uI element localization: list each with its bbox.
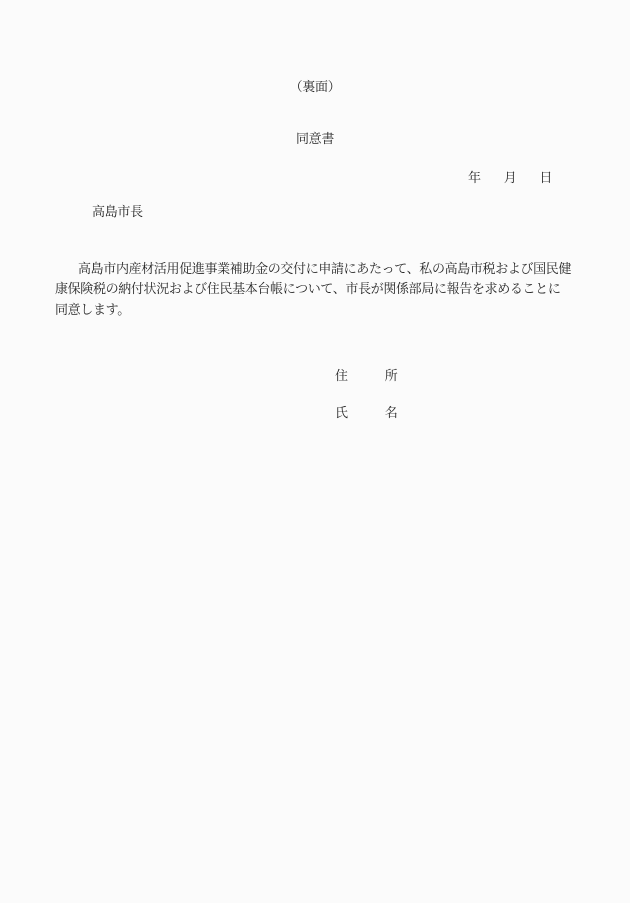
consent-form-page: （裏面） 同意書 年 月 日 高島市長 高島市内産材活用促進事業補助金の交付に申… <box>0 0 630 903</box>
address-field-label: 住 所 <box>335 370 397 384</box>
consent-body-paragraph: 高島市内産材活用促進事業補助金の交付に申請にあたって、私の高島市税および国民健 … <box>55 260 570 321</box>
year-label: 年 <box>468 171 481 186</box>
document-title: 同意書 <box>0 132 630 147</box>
body-line-3: 同意します。 <box>55 301 570 321</box>
address-label-first: 住 <box>335 370 348 384</box>
month-label: 月 <box>504 171 517 186</box>
name-label-first: 氏 <box>335 407 348 421</box>
day-label: 日 <box>539 171 552 186</box>
name-label-second: 名 <box>385 407 398 421</box>
address-label-second: 所 <box>385 370 398 384</box>
page-side-label: （裏面） <box>0 80 630 95</box>
body-line-2: 康保険税の納付状況および住民基本台帳について、市長が関係部局に報告を求めることに <box>55 280 570 300</box>
date-line: 年 月 日 <box>468 171 552 186</box>
name-field-label: 氏 名 <box>335 407 397 421</box>
body-line-1: 高島市内産材活用促進事業補助金の交付に申請にあたって、私の高島市税および国民健 <box>55 260 570 280</box>
addressee-mayor: 高島市長 <box>92 205 143 220</box>
